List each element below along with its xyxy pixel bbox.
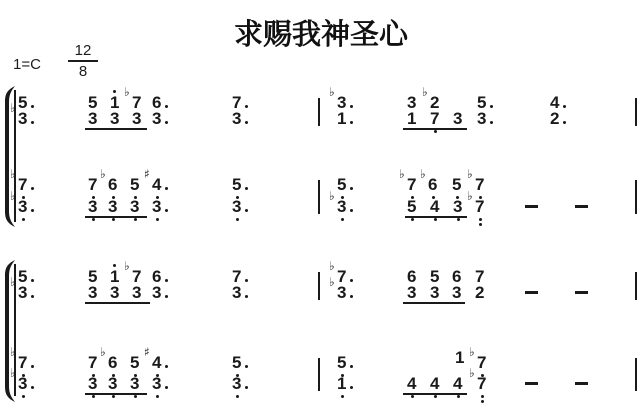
eighth-beam-underline (405, 216, 467, 218)
note-lower-voice: 1 (337, 111, 346, 127)
flat-icon: ♭ (329, 87, 335, 97)
note-upper-voice: 6♭ (108, 355, 117, 371)
octave-dot-below (236, 218, 239, 221)
duration-dot (350, 187, 353, 190)
octave-dot-below (457, 218, 460, 221)
note-lower-voice: 3 (407, 285, 416, 301)
duration-dot (245, 386, 248, 389)
note-upper-voice: 1 (455, 350, 464, 366)
note-lower-voice: 1 (337, 376, 346, 392)
octave-dot-below (92, 395, 95, 398)
barline (635, 358, 637, 391)
duration-dot (245, 121, 248, 124)
duration-dot (165, 386, 168, 389)
note-lower-voice: 3 (132, 111, 141, 127)
octave-dot-below (134, 395, 137, 398)
barline (635, 98, 637, 126)
note-lower-voice: 3 (453, 111, 462, 127)
note-lower-voice: 4 (430, 199, 439, 215)
flat-icon: ♭ (10, 191, 16, 201)
note-lower-voice: 3♭ (18, 199, 27, 215)
note-lower-voice: 3 (110, 111, 119, 127)
octave-dot-below (457, 395, 460, 398)
octave-dot-below (341, 218, 344, 221)
score-page: 求赐我神圣心 1=C 12 8 5517♭673♭32♭543♭33333117… (0, 0, 642, 404)
sustain-dash (525, 382, 538, 385)
time-signature-denominator: 8 (68, 62, 98, 80)
flat-icon: ♭ (124, 87, 130, 97)
note-lower-voice: 3♭ (18, 111, 27, 127)
sustain-dash (525, 291, 538, 294)
octave-dot-below (156, 395, 159, 398)
octave-dot-below (134, 218, 137, 221)
duration-dot (165, 365, 168, 368)
duration-dot (350, 121, 353, 124)
flat-icon: ♭ (100, 169, 106, 179)
flat-icon: ♭ (420, 169, 426, 179)
note-lower-voice: 3 (152, 111, 161, 127)
note-lower-voice: 3 (232, 376, 241, 392)
octave-dot-below (156, 218, 159, 221)
note-lower-voice: 4 (430, 376, 439, 392)
note-lower-voice: 3 (110, 285, 119, 301)
note-upper-voice: 7 (88, 177, 97, 193)
note-lower-voice: 7♭ (477, 376, 486, 392)
eighth-beam-underline (85, 393, 147, 395)
barline (318, 358, 320, 391)
duration-dot (165, 105, 168, 108)
duration-dot (350, 295, 353, 298)
sustain-dash (575, 205, 588, 208)
octave-dot-below (411, 395, 414, 398)
eighth-beam-underline (403, 128, 467, 130)
note-lower-voice: 1 (407, 111, 416, 127)
octave-dot-below (479, 223, 482, 226)
duration-dot (245, 105, 248, 108)
note-upper-voice: 5 (130, 177, 139, 193)
duration-dot (563, 121, 566, 124)
duration-dot (165, 209, 168, 212)
barline (635, 272, 637, 300)
duration-dot (165, 187, 168, 190)
note-lower-voice: 4 (407, 376, 416, 392)
octave-dot-below (434, 218, 437, 221)
note-upper-voice: 4♯ (152, 355, 161, 371)
note-lower-voice: 3 (130, 376, 139, 392)
note-upper-voice: 5 (337, 177, 346, 193)
note-lower-voice: 3 (430, 285, 439, 301)
note-lower-voice: 3 (88, 285, 97, 301)
note-lower-voice: 7 (430, 111, 439, 127)
note-lower-voice: 3 (452, 285, 461, 301)
flat-icon: ♭ (467, 169, 473, 179)
duration-dot (350, 209, 353, 212)
note-lower-voice: 3 (232, 199, 241, 215)
flat-icon: ♭ (467, 191, 473, 201)
note-lower-voice: 3 (152, 285, 161, 301)
note-lower-voice: 3 (108, 376, 117, 392)
flat-icon: ♭ (10, 169, 16, 179)
sharp-icon: ♯ (144, 169, 150, 179)
note-upper-voice: 6♭ (428, 177, 437, 193)
eighth-beam-underline (85, 302, 150, 304)
note-lower-voice: 3♭ (18, 376, 27, 392)
flat-icon: ♭ (469, 347, 475, 357)
flat-icon: ♭ (329, 261, 335, 271)
note-lower-voice: 3♭ (337, 285, 346, 301)
barline (318, 180, 320, 214)
flat-icon: ♭ (10, 277, 16, 287)
key-signature: 1=C (13, 56, 41, 73)
duration-dot (350, 279, 353, 282)
note-upper-voice: 5 (452, 177, 461, 193)
flat-icon: ♭ (329, 191, 335, 201)
flat-icon: ♭ (399, 169, 405, 179)
note-upper-voice: 5 (130, 355, 139, 371)
note-lower-voice: 5 (407, 199, 416, 215)
octave-dot-below (236, 395, 239, 398)
sustain-dash (575, 291, 588, 294)
duration-dot (31, 279, 34, 282)
flat-icon: ♭ (329, 277, 335, 287)
duration-dot (245, 187, 248, 190)
octave-dot-below (481, 400, 484, 403)
time-signature: 12 8 (68, 42, 98, 80)
duration-dot (31, 121, 34, 124)
barline (318, 98, 320, 126)
note-lower-voice: 3 (88, 111, 97, 127)
note-lower-voice: 3 (152, 376, 161, 392)
eighth-beam-underline (85, 128, 147, 130)
duration-dot (350, 105, 353, 108)
octave-dot-below (434, 395, 437, 398)
note-upper-voice: 5 (232, 177, 241, 193)
duration-dot (490, 121, 493, 124)
note-lower-voice: 7♭ (475, 199, 484, 215)
octave-dot-above (113, 264, 116, 267)
duration-dot (31, 295, 34, 298)
octave-dot-below (112, 218, 115, 221)
octave-dot-below (22, 218, 25, 221)
duration-dot (31, 365, 34, 368)
barline (635, 180, 637, 214)
flat-icon: ♭ (100, 347, 106, 357)
flat-icon: ♭ (10, 368, 16, 378)
duration-dot (245, 365, 248, 368)
eighth-beam-underline (85, 216, 147, 218)
note-upper-voice: 7♭ (475, 177, 484, 193)
octave-dot-above (113, 90, 116, 93)
note-upper-voice: 7♭ (477, 355, 486, 371)
octave-dot-below (481, 395, 484, 398)
note-lower-voice: 3♭ (18, 285, 27, 301)
note-lower-voice: 3 (453, 199, 462, 215)
sharp-icon: ♯ (144, 347, 150, 357)
octave-dot-below (341, 395, 344, 398)
duration-dot (31, 209, 34, 212)
barline (318, 272, 320, 300)
octave-dot-below (434, 130, 437, 133)
note-upper-voice: 7♭ (407, 177, 416, 193)
note-upper-voice: 5 (337, 355, 346, 371)
note-lower-voice: 3 (132, 285, 141, 301)
note-upper-voice: 7♭ (18, 177, 27, 193)
note-lower-voice: 2 (475, 285, 484, 301)
duration-dot (350, 386, 353, 389)
duration-dot (31, 386, 34, 389)
note-upper-voice: 5 (232, 355, 241, 371)
duration-dot (350, 365, 353, 368)
sustain-dash (575, 382, 588, 385)
duration-dot (490, 105, 493, 108)
duration-dot (245, 295, 248, 298)
octave-dot-below (22, 395, 25, 398)
duration-dot (165, 121, 168, 124)
note-lower-voice: 3 (130, 199, 139, 215)
note-lower-voice: 3 (88, 199, 97, 215)
flat-icon: ♭ (422, 87, 428, 97)
duration-dot (31, 105, 34, 108)
note-lower-voice: 3 (88, 376, 97, 392)
duration-dot (165, 279, 168, 282)
note-lower-voice: 3 (108, 199, 117, 215)
duration-dot (245, 209, 248, 212)
note-lower-voice: 3♭ (337, 199, 346, 215)
note-upper-voice: 6♭ (108, 177, 117, 193)
note-lower-voice: 3 (232, 111, 241, 127)
duration-dot (245, 279, 248, 282)
note-lower-voice: 3 (152, 199, 161, 215)
note-upper-voice: 4♯ (152, 177, 161, 193)
flat-icon: ♭ (10, 103, 16, 113)
flat-icon: ♭ (469, 368, 475, 378)
octave-dot-below (479, 218, 482, 221)
note-lower-voice: 3 (232, 285, 241, 301)
note-upper-voice: 7 (88, 355, 97, 371)
octave-dot-below (92, 218, 95, 221)
duration-dot (563, 105, 566, 108)
octave-dot-below (112, 395, 115, 398)
note-lower-voice: 4 (453, 376, 462, 392)
note-lower-voice: 3 (477, 111, 486, 127)
eighth-beam-underline (403, 393, 467, 395)
octave-dot-below (411, 218, 414, 221)
flat-icon: ♭ (124, 261, 130, 271)
time-signature-numerator: 12 (68, 42, 98, 62)
eighth-beam-underline (403, 302, 465, 304)
sustain-dash (525, 205, 538, 208)
duration-dot (31, 187, 34, 190)
flat-icon: ♭ (10, 347, 16, 357)
note-lower-voice: 2 (550, 111, 559, 127)
duration-dot (165, 295, 168, 298)
note-upper-voice: 7♭ (18, 355, 27, 371)
